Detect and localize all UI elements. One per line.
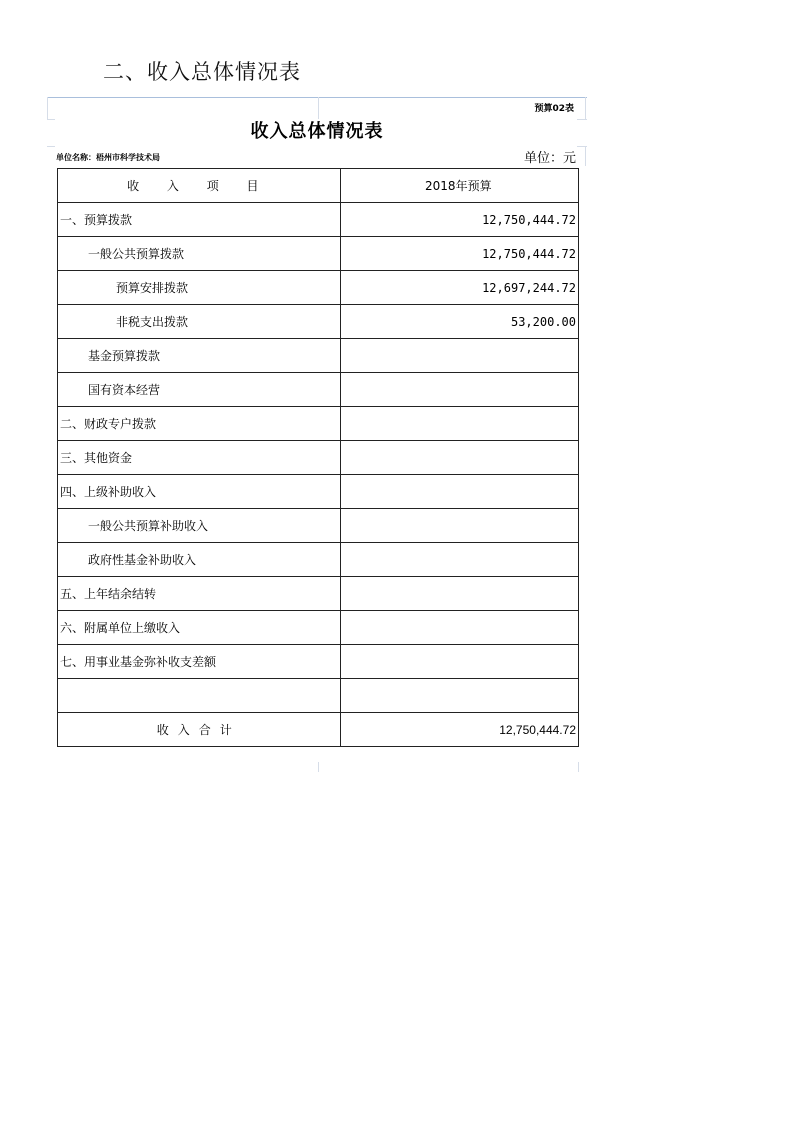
row-label: 国有资本经营 bbox=[58, 373, 341, 407]
table-row: 一、预算拨款 12,750,444.72 bbox=[58, 203, 579, 237]
row-value: 12,697,244.72 bbox=[340, 271, 578, 305]
gridline bbox=[318, 97, 319, 119]
row-label: 非税支出拨款 bbox=[58, 305, 341, 339]
gridline bbox=[47, 97, 48, 119]
document-title: 收入总体情况表 bbox=[47, 117, 587, 143]
gridline bbox=[578, 762, 579, 772]
row-label: 二、财政专户拨款 bbox=[58, 407, 341, 441]
row-value bbox=[340, 679, 578, 713]
row-value bbox=[340, 509, 578, 543]
row-value bbox=[340, 407, 578, 441]
section-heading: 二、收入总体情况表 bbox=[103, 56, 301, 86]
sheet-top-border bbox=[47, 97, 587, 98]
row-label: 四、上级补助收入 bbox=[58, 475, 341, 509]
row-value bbox=[340, 475, 578, 509]
row-value bbox=[340, 645, 578, 679]
table-row: 三、其他资金 bbox=[58, 441, 579, 475]
row-label: 一般公共预算补助收入 bbox=[58, 509, 341, 543]
table-row: 基金预算拨款 bbox=[58, 339, 579, 373]
gridline bbox=[577, 146, 587, 147]
header-income-item: 收 入 项 目 bbox=[58, 169, 341, 203]
table-row: 国有资本经营 bbox=[58, 373, 579, 407]
header-budget-2018: 2018年预算 bbox=[340, 169, 578, 203]
row-label: 一、预算拨款 bbox=[58, 203, 341, 237]
currency-unit-label: 单位：元 bbox=[524, 147, 576, 166]
table-header-row: 收 入 项 目 2018年预算 bbox=[58, 169, 579, 203]
row-value bbox=[340, 339, 578, 373]
table-row-empty bbox=[58, 679, 579, 713]
table-row: 二、财政专户拨款 bbox=[58, 407, 579, 441]
table-row: 四、上级补助收入 bbox=[58, 475, 579, 509]
table-row: 六、附属单位上缴收入 bbox=[58, 611, 579, 645]
row-label: 七、用事业基金弥补收支差额 bbox=[58, 645, 341, 679]
table-row: 一般公共预算拨款 12,750,444.72 bbox=[58, 237, 579, 271]
table-row: 非税支出拨款 53,200.00 bbox=[58, 305, 579, 339]
row-label: 政府性基金补助收入 bbox=[58, 543, 341, 577]
row-value bbox=[340, 611, 578, 645]
gridline bbox=[47, 146, 55, 147]
gridline bbox=[585, 146, 586, 166]
row-value: 53,200.00 bbox=[340, 305, 578, 339]
row-label: 预算安排拨款 bbox=[58, 271, 341, 305]
row-value: 12,750,444.72 bbox=[340, 203, 578, 237]
total-value: 12,750,444.72 bbox=[340, 713, 578, 747]
total-label: 收入合计 bbox=[58, 713, 341, 747]
form-code: 预算02表 bbox=[534, 101, 574, 114]
unit-name: 单位名称：梧州市科学技术局 bbox=[56, 152, 160, 163]
table-row: 政府性基金补助收入 bbox=[58, 543, 579, 577]
gridline bbox=[585, 97, 586, 119]
row-label: 基金预算拨款 bbox=[58, 339, 341, 373]
row-label: 一般公共预算拨款 bbox=[58, 237, 341, 271]
gridline bbox=[318, 762, 319, 772]
row-label: 五、上年结余结转 bbox=[58, 577, 341, 611]
row-value bbox=[340, 577, 578, 611]
row-value bbox=[340, 441, 578, 475]
row-value: 12,750,444.72 bbox=[340, 237, 578, 271]
table-row: 七、用事业基金弥补收支差额 bbox=[58, 645, 579, 679]
row-value bbox=[340, 543, 578, 577]
table-row: 一般公共预算补助收入 bbox=[58, 509, 579, 543]
row-value bbox=[340, 373, 578, 407]
row-label bbox=[58, 679, 341, 713]
total-row: 收入合计 12,750,444.72 bbox=[58, 713, 579, 747]
income-summary-table: 收 入 项 目 2018年预算 一、预算拨款 12,750,444.72 一般公… bbox=[57, 168, 579, 747]
table-row: 五、上年结余结转 bbox=[58, 577, 579, 611]
row-label: 六、附属单位上缴收入 bbox=[58, 611, 341, 645]
row-label: 三、其他资金 bbox=[58, 441, 341, 475]
table-row: 预算安排拨款 12,697,244.72 bbox=[58, 271, 579, 305]
